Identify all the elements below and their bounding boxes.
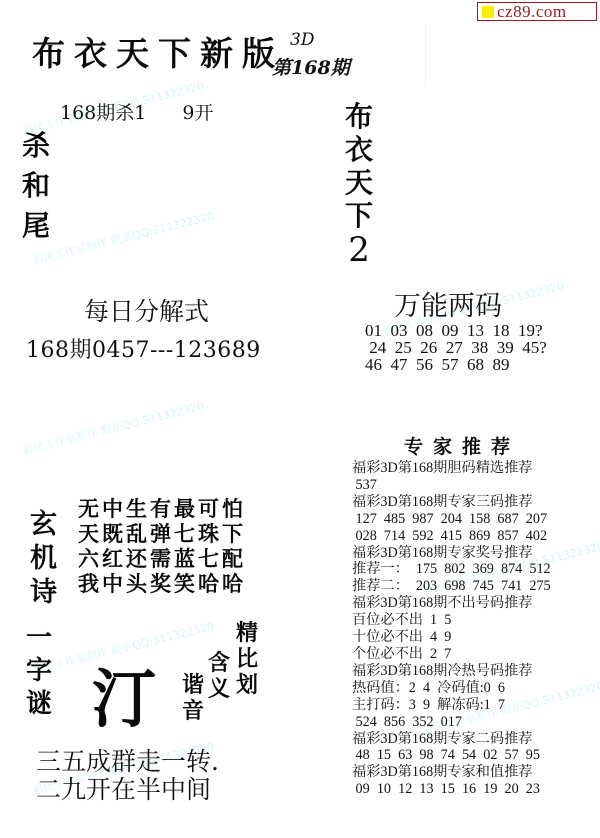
poem-label-char: 玄 — [30, 508, 57, 542]
divider — [425, 24, 426, 86]
hint-char: 谐 — [182, 672, 204, 698]
list-item: 127 485 987 204 158 687 207 — [352, 511, 551, 528]
poem-label-char: 诗 — [30, 576, 57, 610]
number-row: 24 25 26 27 38 39 45? — [365, 339, 547, 356]
hint-char: 义 — [208, 676, 230, 702]
universal-two-title: 万能两码 — [394, 284, 502, 323]
brand-vertical: 布 衣 天 下 2 — [345, 100, 373, 267]
list-item: 主打码：3 9 解冻码:1 7 — [352, 697, 551, 714]
hint-char: 含 — [208, 650, 230, 676]
number-row: 46 47 56 57 68 89 — [365, 356, 547, 373]
list-item: 福彩3D第168期专家奖号推荐 — [352, 545, 551, 562]
riddle-character: 汀 — [92, 648, 156, 740]
list-item: 09 10 12 13 15 16 19 20 23 — [352, 781, 551, 798]
list-item: 028 714 592 415 869 857 402 — [352, 528, 551, 545]
list-item: 十位必不出 4 9 — [352, 629, 551, 646]
watermark: 彩民工作室制作 联系QQ:511322320 — [21, 398, 206, 459]
kill-info: 168期杀19开 — [60, 98, 213, 125]
daily-value: 168期0457---123689 — [26, 333, 261, 364]
poem-lines: 无中生有最可怕 天既乱弹七珠下 六红还需蓝七配 我中头奖笑哈哈 — [78, 496, 246, 596]
verse-line: 三五成群走一转. — [36, 748, 219, 776]
logo-square-icon — [482, 6, 494, 18]
lottery-type: 3D — [290, 30, 314, 50]
poem-line: 无中生有最可怕 — [78, 496, 246, 521]
brand-char: 布 — [345, 100, 373, 133]
daily-title: 每日分解式 — [84, 292, 209, 328]
hint-char: 精 — [236, 620, 258, 646]
poem-line: 天既乱弹七珠下 — [78, 521, 246, 546]
verse-line: 二九开在半中间 — [36, 776, 219, 804]
kill-text: 168期杀1 — [60, 102, 146, 124]
riddle-label-char: 谜 — [26, 688, 52, 721]
riddle-label-char: 一 — [26, 622, 52, 655]
kill-tail-char: 尾 — [22, 206, 50, 246]
site-logo-link[interactable]: cz89.com — [477, 2, 597, 21]
riddle-label-char: 字 — [26, 655, 52, 688]
number-row: 01 03 08 09 13 18 19? — [365, 322, 547, 339]
riddle-hint: 含 义 — [208, 650, 230, 702]
kill-tail-label: 杀 和 尾 — [22, 126, 50, 246]
logo-text: cz89.com — [497, 2, 567, 22]
list-item: 48 15 63 98 74 54 02 57 95 — [352, 747, 551, 764]
riddle-label: 一 字 谜 — [26, 622, 52, 721]
list-item: 福彩3D第168期专家二码推荐 — [352, 731, 551, 748]
brand-char: 下 — [345, 199, 373, 232]
riddle-hint: 谐 音 — [182, 672, 204, 724]
list-item: 百位必不出 1 5 — [352, 612, 551, 629]
list-item: 537 — [352, 477, 551, 494]
brand-char: 天 — [345, 166, 373, 199]
list-item: 福彩3D第168期不出号码推荐 — [352, 595, 551, 612]
list-item: 福彩3D第168期胆码精选推荐 — [352, 460, 551, 477]
list-item: 福彩3D第168期冷热号码推荐 — [352, 663, 551, 680]
list-item: 推荐二： 203 698 745 741 275 — [352, 578, 551, 595]
list-item: 推荐一： 175 802 369 874 512 — [352, 561, 551, 578]
watermark: 彩民工作室制作 联系QQ:511322320 — [31, 208, 216, 269]
poem-line: 我中头奖笑哈哈 — [78, 571, 246, 596]
universal-two-numbers: 01 03 08 09 13 18 19? 24 25 26 27 38 39 … — [365, 322, 547, 373]
riddle-hint: 精 比 划 — [236, 620, 258, 698]
list-item: 福彩3D第168期专家和值推荐 — [352, 764, 551, 781]
kill-open: 9开 — [182, 102, 213, 124]
verse: 三五成群走一转. 二九开在半中间 — [36, 748, 219, 804]
poem-line: 六红还需蓝七配 — [78, 546, 246, 571]
list-item: 福彩3D第168期专家三码推荐 — [352, 494, 551, 511]
page-title: 布衣天下新版 — [32, 28, 284, 75]
expert-title: 专家推荐 — [404, 432, 520, 459]
hint-char: 音 — [182, 698, 204, 724]
hint-char: 划 — [236, 672, 258, 698]
list-item: 524 856 352 017 — [352, 714, 551, 731]
kill-tail-char: 杀 — [22, 126, 50, 166]
kill-tail-char: 和 — [22, 166, 50, 206]
poem-label-char: 机 — [30, 542, 57, 576]
brand-char: 衣 — [345, 133, 373, 166]
hint-char: 比 — [236, 646, 258, 672]
issue-number: 第168期 — [272, 53, 350, 80]
list-item: 个位必不出 2 7 — [352, 646, 551, 663]
list-item: 热码值：2 4 冷码值:0 6 — [352, 680, 551, 697]
poem-label: 玄 机 诗 — [30, 508, 57, 610]
expert-list: 福彩3D第168期胆码精选推荐 537 福彩3D第168期专家三码推荐 127 … — [352, 460, 551, 798]
brand-number: 2 — [348, 234, 370, 267]
